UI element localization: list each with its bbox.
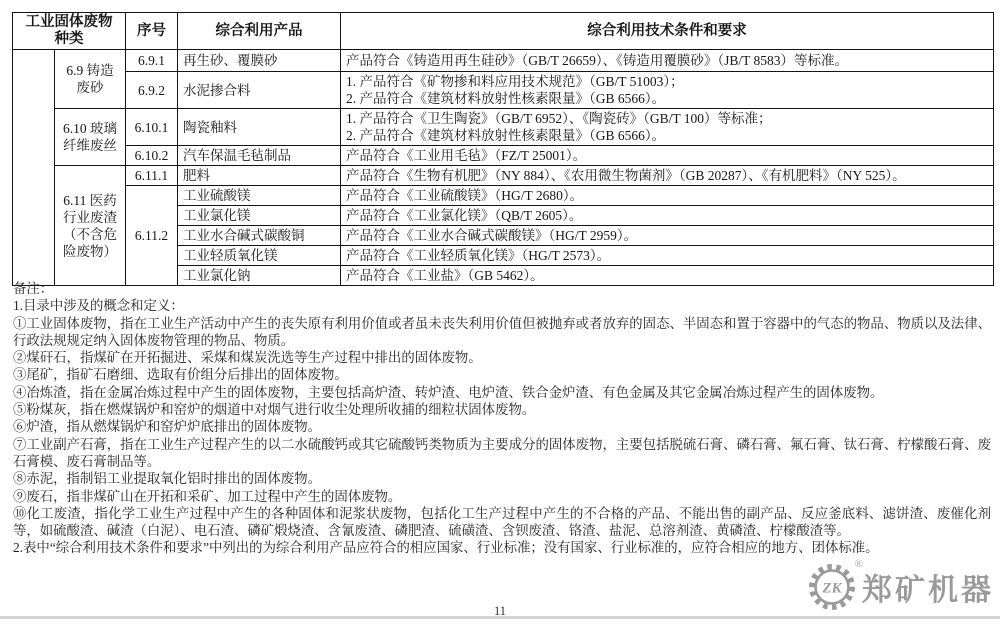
registered-trademark-icon: ® bbox=[855, 558, 863, 570]
table-header-row: 工业固体废物 种类 序号 综合利用产品 综合利用技术条件和要求 bbox=[13, 13, 994, 50]
notes-section: 备注： 1.目录中涉及的概念和定义： ①工业固体废物，指在工业生产活动中产生的丧… bbox=[13, 280, 991, 557]
definition-6: ⑥炉渣，指从燃煤锅炉和窑炉炉底排出的固体废物。 bbox=[13, 418, 991, 435]
col-header-waste-type: 工业固体废物 种类 bbox=[13, 13, 126, 50]
row-requirement: 产品符合《工业硫酸镁》（HG/T 2680）。 bbox=[341, 186, 994, 206]
definition-4: ④冶炼渣，指在金属冶炼过程中产生的固体废物，主要包括高炉渣、转炉渣、电炉渣、铁合… bbox=[13, 384, 991, 401]
row-requirement: 产品符合《工业水合碱式碳酸镁》（HG/T 2959）。 bbox=[341, 226, 994, 246]
definition-5: ⑤粉煤灰，指在燃煤锅炉和窑炉的烟道中对烟气进行收尘处理所收捕的细粒状固体废物。 bbox=[13, 401, 991, 418]
col-header-requirement: 综合利用技术条件和要求 bbox=[341, 13, 994, 50]
utilization-table: 工业固体废物 种类 序号 综合利用产品 综合利用技术条件和要求 6.9 铸造 废… bbox=[12, 12, 994, 286]
row-seq: 6.10.1 bbox=[126, 109, 178, 146]
row-requirement: 1. 产品符合《卫生陶瓷》（GB/T 6952）、《陶瓷砖》（GB/T 100）… bbox=[341, 109, 994, 146]
row-product: 工业氯化镁 bbox=[178, 206, 341, 226]
row-requirement: 产品符合《铸造用再生硅砂》（GB/T 26659）、《铸造用覆膜砂》（JB/T … bbox=[341, 50, 994, 72]
table-row: 6.10 玻璃 纤维废丝 6.10.1 陶瓷釉料 1. 产品符合《卫生陶瓷》（G… bbox=[13, 109, 994, 146]
row-product: 工业轻质氧化镁 bbox=[178, 246, 341, 266]
table-row: 6.11 医药 行业废渣 （不含危 险废物） 6.11.1 肥料 产品符合《生物… bbox=[13, 166, 994, 186]
row-seq: 6.9.1 bbox=[126, 50, 178, 72]
row-product: 肥料 bbox=[178, 166, 341, 186]
row-seq: 6.10.2 bbox=[126, 146, 178, 166]
row-seq: 6.11.1 bbox=[126, 166, 178, 186]
row-requirement: 产品符合《工业氯化镁》（QB/T 2605）。 bbox=[341, 206, 994, 226]
definition-2: ②煤矸石，指煤矿在开拓掘进、采煤和煤炭洗选等生产过程中排出的固体废物。 bbox=[13, 349, 991, 366]
notes-item-2: 2.表中“综合利用技术条件和要求”中列出的为综合利用产品应符合的相应国家、行业标… bbox=[13, 539, 991, 556]
parent-category-cell bbox=[13, 50, 55, 286]
notes-title: 备注： bbox=[13, 280, 991, 297]
row-product: 工业水合碱式碳酸铜 bbox=[178, 226, 341, 246]
notes-item-1: 1.目录中涉及的概念和定义： bbox=[13, 297, 991, 314]
row-requirement: 1. 产品符合《矿物掺和料应用技术规范》（GB/T 51003）； 2. 产品符… bbox=[341, 72, 994, 109]
category-cell: 6.9 铸造 废砂 bbox=[55, 50, 126, 109]
definition-9: ⑨废石，指非煤矿山在开拓和采矿、加工过程中产生的固体废物。 bbox=[13, 488, 991, 505]
document-page: 工业固体废物 种类 序号 综合利用产品 综合利用技术条件和要求 6.9 铸造 废… bbox=[0, 0, 1000, 628]
table-row: 6.9.2 水泥掺合料 1. 产品符合《矿物掺和料应用技术规范》（GB/T 51… bbox=[13, 72, 994, 109]
col-header-product: 综合利用产品 bbox=[178, 13, 341, 50]
page-bottom-edge bbox=[0, 616, 1000, 619]
table-row: 6.10.2 汽车保温毛毡制品 产品符合《工业用毛毡》（FZ/T 25001）。 bbox=[13, 146, 994, 166]
row-requirement: 产品符合《工业用毛毡》（FZ/T 25001）。 bbox=[341, 146, 994, 166]
row-product: 陶瓷釉料 bbox=[178, 109, 341, 146]
row-seq: 6.9.2 bbox=[126, 72, 178, 109]
table-row: 6.9 铸造 废砂 6.9.1 再生砂、覆膜砂 产品符合《铸造用再生硅砂》（GB… bbox=[13, 50, 994, 72]
definition-8: ⑧赤泥，指制铝工业提取氧化铝时排出的固体废物。 bbox=[13, 470, 991, 487]
col-header-seq: 序号 bbox=[126, 13, 178, 50]
row-seq: 6.11.2 bbox=[126, 186, 178, 286]
svg-text:ZK: ZK bbox=[821, 581, 842, 597]
row-product: 水泥掺合料 bbox=[178, 72, 341, 109]
definition-3: ③尾矿，指矿石磨细、选取有价组分后排出的固体废物。 bbox=[13, 366, 991, 383]
definition-10: ⑩化工废渣，指化学工业生产过程中产生的各种固体和泥浆状废物，包括化工生产过程中产… bbox=[13, 505, 991, 540]
row-requirement: 产品符合《生物有机肥》（NY 884）、《农用微生物菌剂》（GB 20287）、… bbox=[341, 166, 994, 186]
category-cell: 6.11 医药 行业废渣 （不含危 险废物） bbox=[55, 166, 126, 286]
category-cell: 6.10 玻璃 纤维废丝 bbox=[55, 109, 126, 166]
row-product: 再生砂、覆膜砂 bbox=[178, 50, 341, 72]
row-product: 汽车保温毛毡制品 bbox=[178, 146, 341, 166]
definition-1: ①工业固体废物，指在工业生产活动中产生的丧失原有利用价值或者虽未丧失利用价值但被… bbox=[13, 315, 991, 350]
table-row: 6.11.2 工业硫酸镁 产品符合《工业硫酸镁》（HG/T 2680）。 bbox=[13, 186, 994, 206]
definition-7: ⑦工业副产石膏，指在工业生产过程产生的以二水硫酸钙或其它硫酸钙类物质为主要成分的… bbox=[13, 436, 991, 471]
row-requirement: 产品符合《工业轻质氧化镁》（HG/T 2573）。 bbox=[341, 246, 994, 266]
row-product: 工业硫酸镁 bbox=[178, 186, 341, 206]
logo-text: 郑矿机器 bbox=[862, 565, 994, 609]
